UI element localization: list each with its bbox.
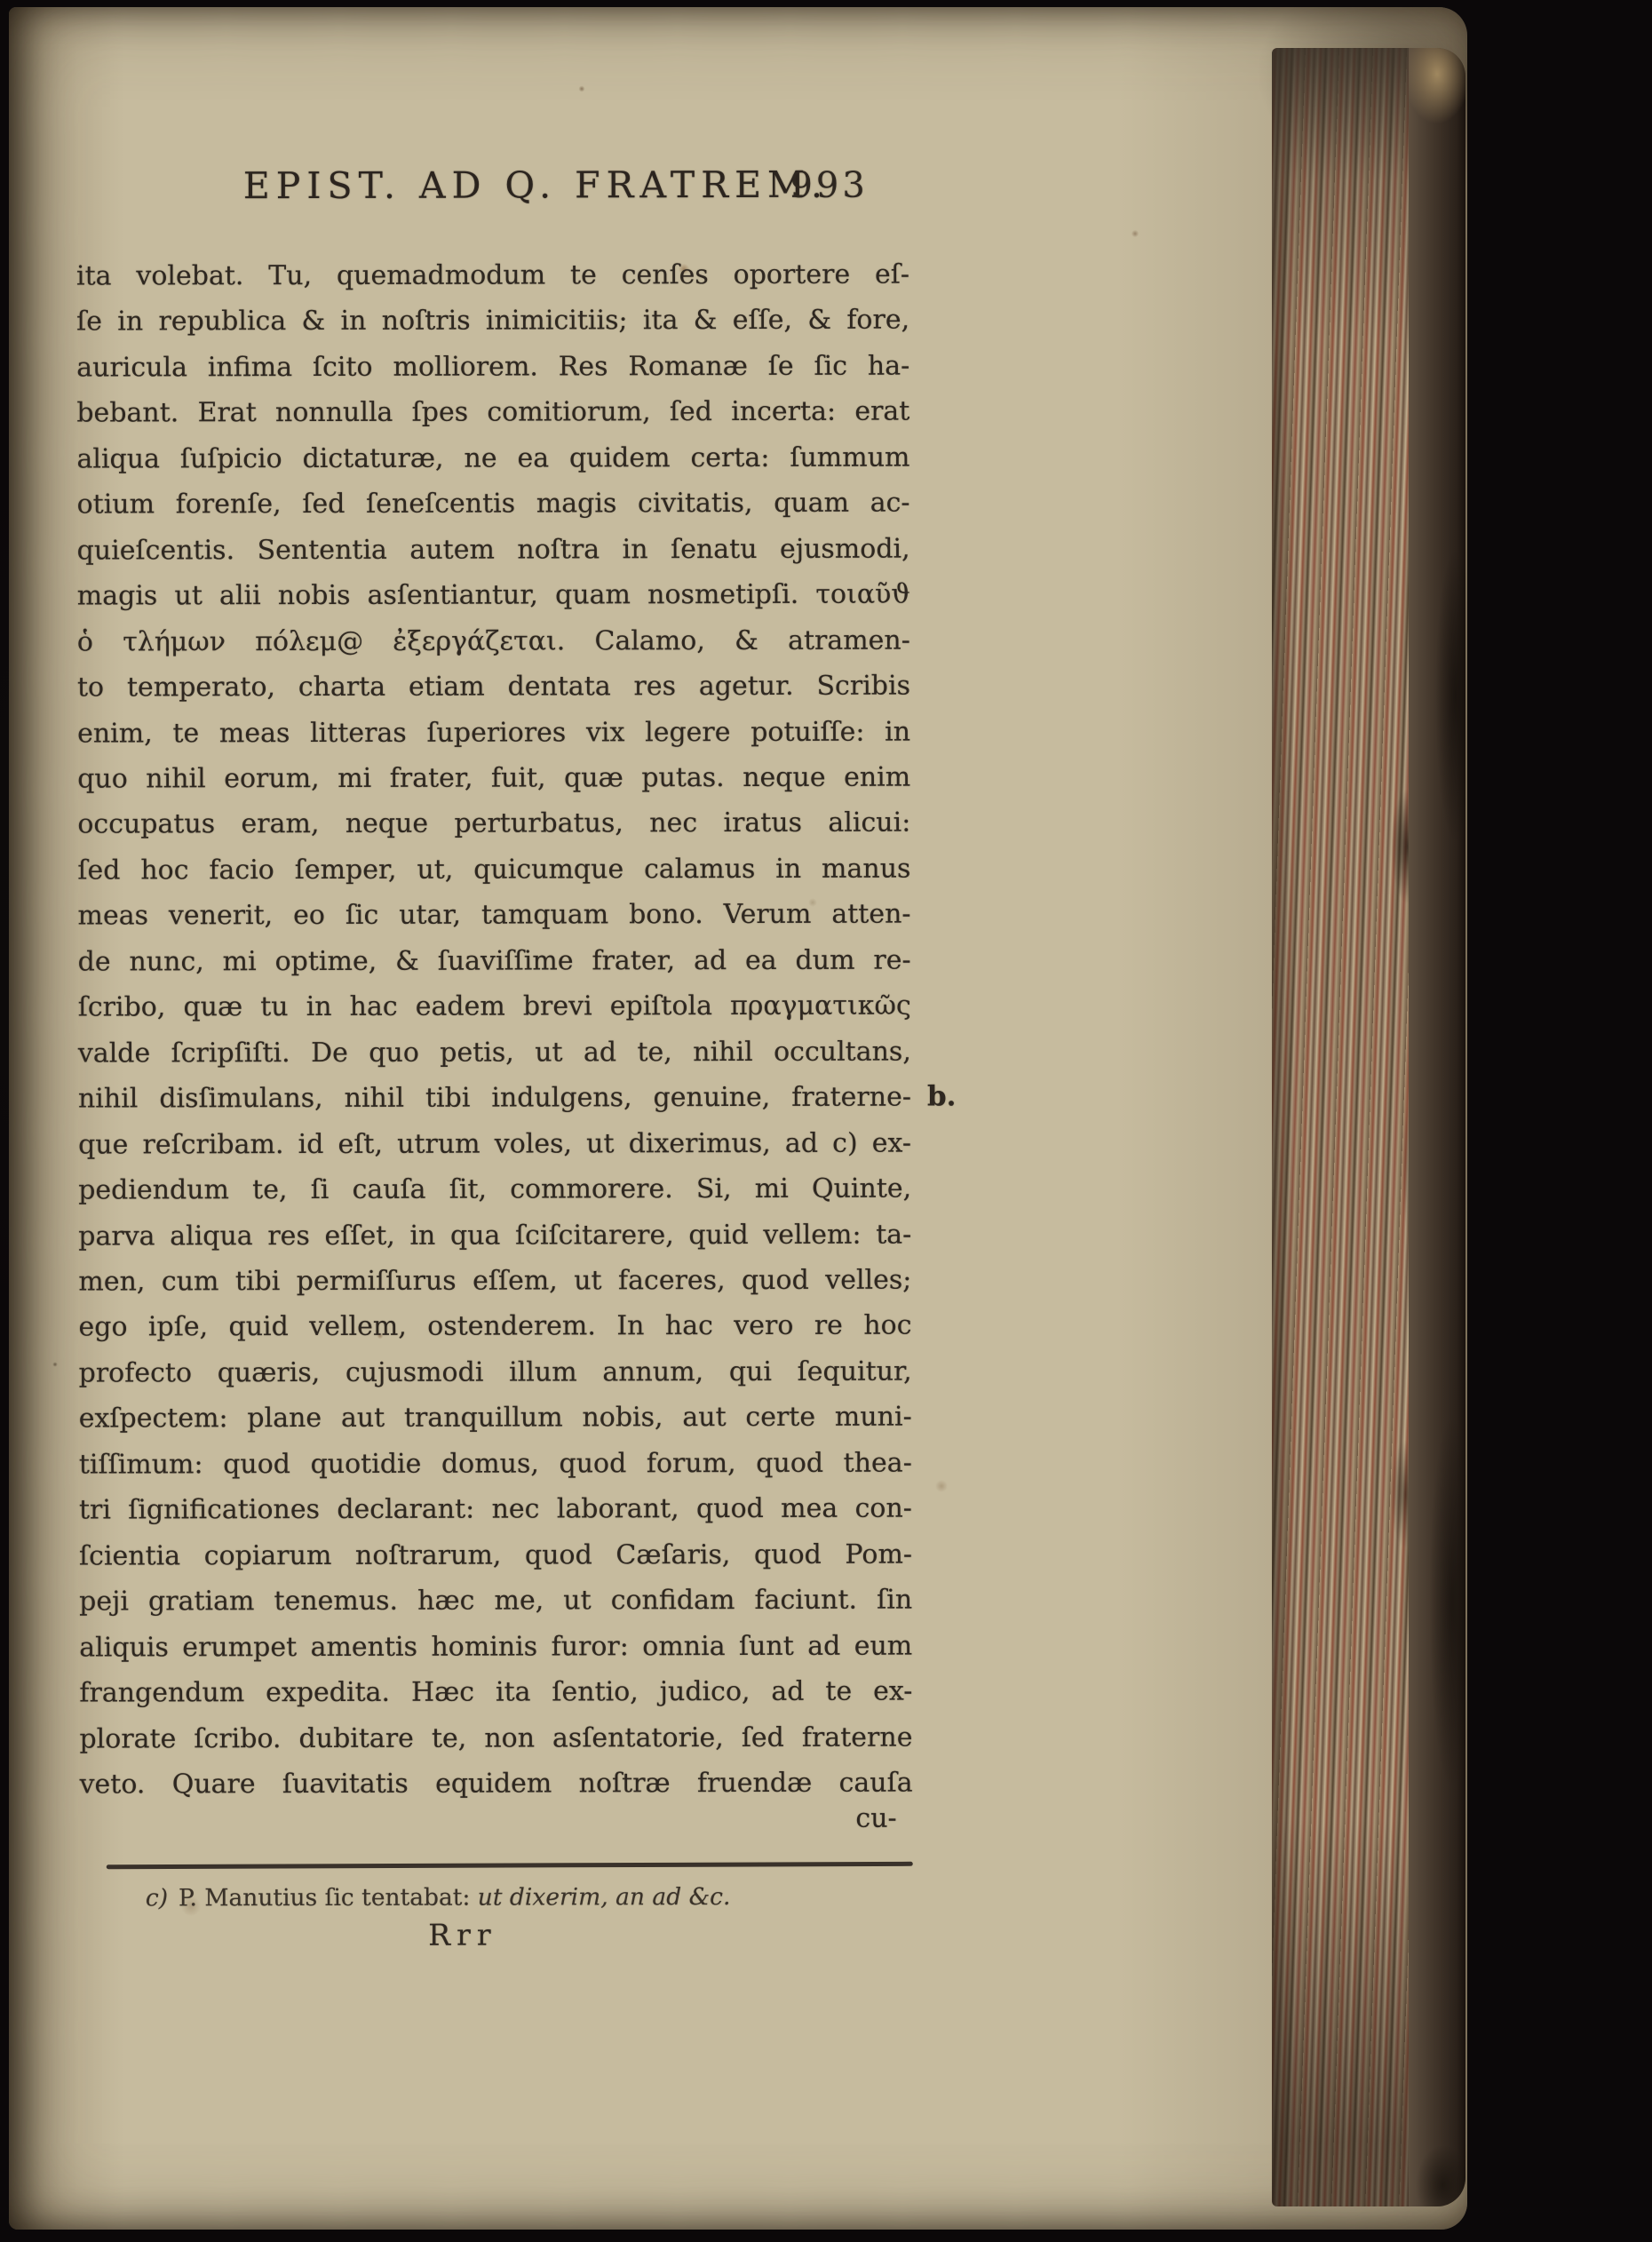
footnote-reading: ut dixerim, an ad &c.	[478, 1883, 731, 1912]
text-line: frangendum expedita. Hæc ita ſentio, jud…	[79, 1669, 912, 1716]
scanned-book-photo: EPIST. AD Q. FRATREM. 993 ita volebat. T…	[0, 0, 1652, 2242]
text-line: quieſcentis. Sententia autem noſtra in ſ…	[77, 526, 910, 573]
text-line: profecto quæris, cujusmodi illum annum, …	[79, 1348, 912, 1395]
text-line: pediendum te, ſi cauſa ſit, commorere. S…	[78, 1166, 911, 1213]
text-line: tiſſimum: quod quotidie domus, quod foru…	[79, 1440, 912, 1487]
signature-mark: Rrr	[46, 1917, 879, 1953]
text-line: ita volebat. Tu, quemadmodum te cenſes o…	[76, 252, 909, 299]
text-line: nihil disſimulans, nihil tibi indulgens,…	[78, 1075, 911, 1122]
text-line: tri ſignificationes declarant: nec labor…	[79, 1486, 912, 1533]
margin-note: b.	[927, 1074, 957, 1120]
book-page: EPIST. AD Q. FRATREM. 993 ita volebat. T…	[9, 7, 1467, 2230]
text-line: ſcientia copiarum noſtrarum, quod Cæſari…	[79, 1531, 912, 1578]
text-line: ego ipſe, quid vellem, ostenderem. In ha…	[78, 1303, 911, 1350]
text-line: que reſcribam. id eſt, utrum voles, ut d…	[78, 1120, 911, 1167]
page-header: EPIST. AD Q. FRATREM. 993	[85, 163, 911, 210]
text-line: bebant. Erat nonnulla ſpes comitiorum, ſ…	[76, 389, 909, 436]
text-line: veto. Quare ſuavitatis equidem noſtræ fr…	[80, 1761, 913, 1808]
text-line: meas venerit, eo ſic utar, tamquam bono.…	[77, 892, 910, 939]
text-line: peji gratiam tenemus. hæc me, ut confida…	[79, 1578, 912, 1625]
printed-area: EPIST. AD Q. FRATREM. 993 ita volebat. T…	[6, 5, 1469, 2230]
text-line: ſe in republica & in noſtris inimicitiis…	[76, 298, 909, 345]
text-line: plorate ſcribo. dubitare te, non asſenta…	[79, 1714, 912, 1761]
text-line: men, cum tibi permiſſurus eſſem, ut face…	[78, 1258, 911, 1305]
text-line: valde ſcripſiſti. De quo petis, ut ad te…	[78, 1029, 911, 1076]
text-line: de nunc, mi optime, & ſuaviſſime frater,…	[78, 937, 911, 984]
text-line: quo nihil eorum, mi frater, fuit, quæ pu…	[77, 755, 910, 802]
text-line: magis ut alii nobis asſentiantur, quam n…	[77, 572, 910, 619]
text-line: ὁ τλήμων πόλεμ@ ἐξεργάζεται. Calamo, & a…	[77, 617, 910, 664]
text-line: ſcribo, quæ tu in hac eadem brevi epiſto…	[78, 983, 911, 1030]
text-line: ſed hoc facio ſemper, ut, quicumque cala…	[77, 846, 910, 893]
text-line: occupatus eram, neque perturbatus, nec i…	[77, 800, 910, 847]
text-line: otium forenſe, ſed ſeneſcentis magis civ…	[76, 481, 909, 528]
text-line: to temperato, charta etiam dentata res a…	[77, 664, 910, 711]
text-line: exſpectem: plane aut tranquillum nobis, …	[79, 1395, 912, 1442]
page-number: 993	[790, 165, 868, 206]
footnote-text: P. Manutius ſic tentabat:	[179, 1884, 478, 1912]
footnote-marker: c)	[146, 1884, 168, 1912]
text-line: aliqua ſuſpicio dictaturæ, ne ea quidem …	[76, 434, 909, 481]
running-title: EPIST. AD Q. FRATREM.	[243, 163, 829, 207]
text-line: aliquis erumpet amentis hominis furor: o…	[79, 1623, 912, 1670]
text-line: enim, te meas litteras ſuperiores vix le…	[77, 709, 910, 756]
body-text: ita volebat. Tu, quemadmodum te cenſes o…	[76, 252, 913, 1808]
book-cover-edge	[1409, 48, 1465, 2206]
text-line: parva aliqua res eſſet, in qua ſciſcitar…	[78, 1212, 911, 1259]
footnote: c)P. Manutius ſic tentabat: ut dixerim, …	[146, 1883, 927, 1912]
catchword: cu-	[80, 1803, 897, 1836]
footnote-rule	[107, 1862, 913, 1869]
text-line: auricula infima ſcito molliorem. Res Rom…	[76, 343, 909, 390]
book-fore-edge	[1272, 48, 1465, 2206]
